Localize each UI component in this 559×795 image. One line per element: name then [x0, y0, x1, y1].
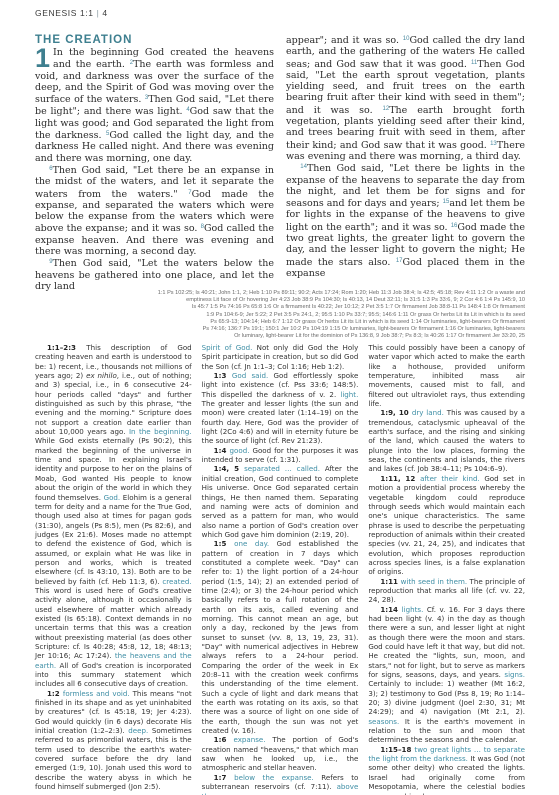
note-text: This was caused by a tremendous, catacly… [368, 408, 525, 473]
verse: 9Then God said, "Let the waters below th… [35, 258, 274, 292]
study-note: 1:11 with seed in them. The principle of… [368, 577, 525, 605]
cross-reference-line: 1:9 Ps 104:6-9; Jer 5:22; 2 Pet 3:5 Ps 2… [35, 312, 525, 319]
study-note: This could possibly have been a canopy o… [368, 343, 525, 408]
note-keyword: deep. [128, 726, 148, 735]
bible-page: GENESIS 1:1|4 THE CREATION 1 In the begi… [0, 0, 559, 795]
study-note: 1:4 good. Good for the purposes it was i… [202, 446, 359, 465]
verse-text: Then God said, "Let the waters below the… [35, 258, 274, 292]
study-notes: 1:1–2:3 This description of God creating… [35, 343, 525, 795]
study-note: 1:11, 12 after their kind. God set in mo… [368, 474, 525, 577]
note-reference: 1:1–2:3 [47, 343, 86, 352]
note-keyword: God. [104, 493, 121, 502]
note-keyword: God said. [232, 371, 268, 380]
note-reference: 1:3 [214, 371, 232, 380]
note-keyword: dry land. [412, 408, 444, 417]
notes-column-3: This could possibly have been a canopy o… [368, 343, 525, 795]
note-text: This word is used here of God's creative… [35, 586, 192, 660]
study-note: Spirit of God. Not only did God the Holy… [202, 343, 359, 371]
study-note: 1:14 lights. Cf. v. 16. For 3 days there… [368, 605, 525, 745]
note-text: Cf. v. 16. For 3 days there had been lig… [368, 605, 525, 679]
note-keyword: light. [340, 390, 358, 399]
note-reference: 1:15–18 [380, 745, 414, 754]
note-text: God set in motion a providential process… [368, 474, 525, 576]
indent-space [35, 258, 49, 269]
note-text: All of God's creation is incorporated in… [35, 661, 192, 689]
scripture-column-1: THE CREATION 1 In the beginning God crea… [35, 34, 274, 292]
section-title: THE CREATION [35, 34, 274, 46]
verse-number: 14 [300, 164, 307, 170]
cross-reference-line: Ps 74:16; 136:7 Ps 19:1; 150:1 Jer 10:2 … [35, 326, 525, 333]
book-reference: GENESIS 1:1 [35, 8, 94, 18]
note-keyword: expanse. [233, 735, 265, 744]
note-reference: 1:2 [47, 689, 63, 698]
study-note: 1:3 God said. God effortlessly spoke lig… [202, 371, 359, 446]
study-note: 1:15–18 two great lights … to separate t… [368, 745, 525, 795]
note-keyword: lights. [402, 605, 424, 614]
note-reference: 1:11 [380, 577, 400, 586]
study-note: 1:9, 10 dry land. This was caused by a t… [368, 408, 525, 473]
note-keyword: Spirit of God. [202, 343, 253, 352]
note-keyword: signs. [504, 670, 525, 679]
verse-text: appear"; and it was so. [286, 35, 403, 46]
note-keyword: good. [230, 446, 250, 455]
divider: | [97, 8, 100, 18]
note-keyword: created. [162, 577, 191, 586]
study-note: 1:4, 5 separated … called. After the ini… [202, 464, 359, 539]
note-keyword: below the expanse. [234, 773, 314, 782]
cross-reference-line: Is 45:7 1:5 Ps 74:16 Ps 65:8 1:6 Or a fi… [35, 304, 525, 311]
cross-reference-line: Or luminary, light-bearer Lit for the do… [35, 333, 525, 340]
cross-reference-line: Ps 65:9-13; 104:14; Heb 6:7 1:12 Or gras… [35, 319, 525, 326]
chapter-number: 1 [35, 47, 50, 69]
note-reference: 1:7 [214, 773, 234, 782]
note-text: God established the pattern of creation … [202, 539, 359, 735]
indent-space [286, 163, 300, 174]
note-keyword: one day. [234, 539, 269, 548]
running-head: GENESIS 1:1|4 [35, 8, 108, 18]
study-note: 1:2 formless and void. This means "not f… [35, 689, 192, 792]
note-text: This could possibly have been a canopy o… [368, 343, 525, 408]
note-text: The greater and lesser lights (the sun a… [202, 399, 359, 445]
notes-column-2: Spirit of God. Not only did God the Holy… [202, 343, 359, 795]
note-reference: 1:4, 5 [214, 464, 244, 473]
verse: appear"; and it was so. [286, 35, 403, 46]
note-text: Sometimes referred to as primordial wate… [35, 726, 192, 791]
cross-reference-line: emptiness Lit face of Or hovering Jer 4:… [35, 297, 525, 304]
verses: appear"; and it was so. 10God called the… [286, 35, 525, 279]
notes-column-1: 1:1–2:3 This description of God creating… [35, 343, 192, 795]
note-reference: 1:14 [380, 605, 401, 614]
note-keyword: In the beginning. [129, 427, 192, 436]
note-keyword: formless and void. [63, 689, 130, 698]
note-reference: 1:6 [214, 735, 234, 744]
note-keyword: seasons. [368, 717, 399, 726]
indent-space [35, 165, 49, 176]
note-text: After the initial creation, God continue… [202, 464, 359, 538]
note-reference: 1:9, 10 [380, 408, 411, 417]
verse-number: 17 [396, 258, 403, 264]
note-keyword: with seed in them. [401, 577, 468, 586]
note-reference: 1:11, 12 [380, 474, 420, 483]
study-note: 1:1–2:3 This description of God creating… [35, 343, 192, 689]
study-note: 1:5 one day. God established the pattern… [202, 539, 359, 735]
scripture-column-2: appear"; and it was so. 10God called the… [286, 34, 525, 292]
cross-references: 1:1 Ps 102:25; Is 40:21; John 1:1, 2; He… [35, 290, 525, 340]
note-text: Elohim is a general term for deity and a… [35, 493, 192, 586]
scripture-text: THE CREATION 1 In the beginning God crea… [35, 34, 525, 292]
cross-reference-line: 1:1 Ps 102:25; Is 40:21; John 1:1, 2; He… [35, 290, 525, 297]
study-note: 1:7 below the expanse. Refers to subterr… [202, 773, 359, 795]
note-reference: 1:4 [214, 446, 230, 455]
note-reference: 1:5 [214, 539, 234, 548]
verse-number: 13 [490, 141, 497, 147]
note-keyword: separated … called. [244, 464, 320, 473]
note-italic: ex nihilo [86, 371, 117, 380]
note-text: Certainly to include: 1) weather (Mt 16:… [368, 679, 525, 716]
verses: In the beginning God created the heavens… [35, 47, 274, 292]
study-note: 1:6 expanse. The portion of God's creati… [202, 735, 359, 772]
page-number: 4 [102, 8, 107, 18]
note-keyword: after their kind. [420, 474, 480, 483]
